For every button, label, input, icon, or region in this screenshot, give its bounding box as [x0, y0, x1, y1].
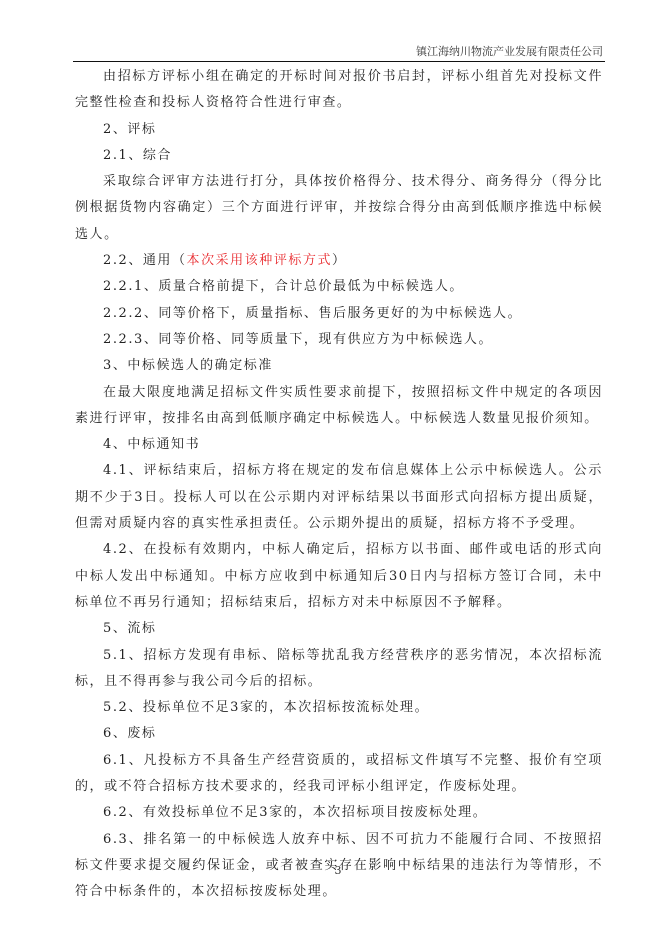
paragraph-4-1: 4.1、评标结束后，招标方将在规定的发布信息媒体上公示中标候选人。公示期不少于3… [75, 458, 603, 537]
paragraph-2-2-3: 2.2.3、同等价格、同等质量下，现有供应方为中标候选人。 [75, 327, 603, 353]
section-heading-failed-bid: 5、流标 [75, 616, 603, 642]
page-number: 3 [0, 864, 662, 877]
header-company-name: 镇江海纳川物流产业发展有限责任公司 [416, 43, 603, 59]
paragraph-5-1: 5.1、招标方发现有串标、陪标等扰乱我方经营秩序的恶劣情况，本次招标流标，且不得… [75, 643, 603, 696]
subsection-heading-general: 2.2、通用（本次采用该种评标方式） [75, 248, 603, 274]
general-heading-suffix: ） [332, 253, 347, 268]
method-highlight-note: 本次采用该种评标方式 [187, 253, 333, 268]
paragraph-6-1: 6.1、凡投标方不具备生产经营资质的，或招标文件填写不完整、报价有空项的，或不符… [75, 748, 603, 801]
page-header: 镇江海纳川物流产业发展有限责任公司 [73, 44, 605, 62]
paragraph-2-2-1: 2.2.1、质量合格前提下，合计总价最低为中标候选人。 [75, 274, 603, 300]
paragraph-candidate-criteria: 在最大限度地满足招标文件实质性要求前提下，按照招标文件中规定的各项因素进行评审，… [75, 380, 603, 433]
paragraph-2-2-2: 2.2.2、同等价格下，质量指标、售后服务更好的为中标候选人。 [75, 301, 603, 327]
paragraph-comprehensive-method: 采取综合评审方法进行打分，具体按价格得分、技术得分、商务得分（得分比例根据货物内… [75, 169, 603, 248]
document-body: 由招标方评标小组在确定的开标时间对报价书启封，评标小组首先对投标文件完整性检查和… [75, 64, 603, 906]
subsection-heading-comprehensive: 2.1、综合 [75, 143, 603, 169]
section-heading-invalid-bid: 6、废标 [75, 721, 603, 747]
section-heading-candidate-criteria: 3、中标候选人的确定标准 [75, 353, 603, 379]
paragraph-4-2: 4.2、在投标有效期内，中标人确定后，招标方以书面、邮件或电话的形式向中标人发出… [75, 537, 603, 616]
paragraph-opening: 由招标方评标小组在确定的开标时间对报价书启封，评标小组首先对投标文件完整性检查和… [75, 64, 603, 117]
paragraph-6-2: 6.2、有效投标单位不足3家的，本次招标项目按废标处理。 [75, 800, 603, 826]
section-heading-award-notice: 4、中标通知书 [75, 432, 603, 458]
section-heading-evaluation: 2、评标 [75, 117, 603, 143]
general-heading-prefix: 2.2、通用（ [103, 253, 187, 268]
paragraph-5-2: 5.2、投标单位不足3家的，本次招标按流标处理。 [75, 695, 603, 721]
